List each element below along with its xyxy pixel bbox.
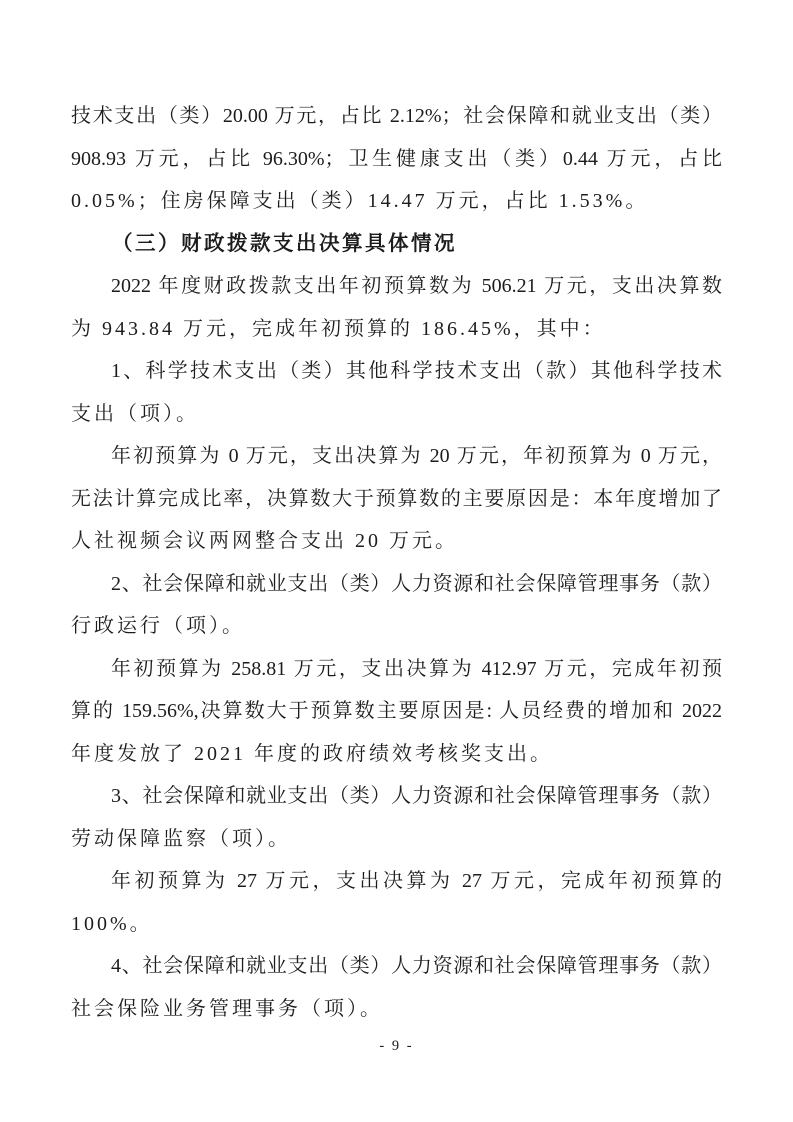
text-line: 年初预算为 258.81 万元，支出决算为 412.97 万元，完成年初预 [71,648,722,691]
text-line: 人社视频会议两网整合支出 20 万元。 [71,520,722,563]
text-line: 4、社会保障和就业支出（类）人力资源和社会保障管理事务（款） [71,945,722,988]
text-line: 技术支出（类）20.00 万元，占比 2.12%；社会保障和就业支出（类） [71,95,722,138]
text-line: 年度发放了 2021 年度的政府绩效考核奖支出。 [71,733,722,776]
text-line: 社会保险业务管理事务（项）。 [71,988,722,1031]
text-line: 2022 年度财政拨款支出年初预算数为 506.21 万元，支出决算数 [71,265,722,308]
section-heading: （三）财政拨款支出决算具体情况 [71,223,722,266]
text-line: 100%。 [71,903,722,946]
text-line: 1、科学技术支出（类）其他科学技术支出（款）其他科学技术 [71,350,722,393]
page-footer: - 9 - [0,1034,793,1058]
text-line: 劳动保障监察（项）。 [71,818,722,861]
text-line: 算的 159.56%,决算数大于预算数主要原因是: 人员经费的增加和 2022 [71,690,722,733]
text-line: 为 943.84 万元，完成年初预算的 186.45%，其中： [71,308,722,351]
text-line: 支出（项）。 [71,393,722,436]
text-line: 年初预算为 0 万元，支出决算为 20 万元，年初预算为 0 万元， [71,435,722,478]
text-line: 0.05%；住房保障支出（类）14.47 万元，占比 1.53%。 [71,180,722,223]
text-line: 2、社会保障和就业支出（类）人力资源和社会保障管理事务（款） [71,563,722,606]
text-line: 行政运行（项）。 [71,605,722,648]
text-line: 3、社会保障和就业支出（类）人力资源和社会保障管理事务（款） [71,775,722,818]
text-line: 无法计算完成比率，决算数大于预算数的主要原因是：本年度增加了 [71,478,722,521]
document-page: 技术支出（类）20.00 万元，占比 2.12%；社会保障和就业支出（类）908… [0,0,793,1122]
text-line: 年初预算为 27 万元，支出决算为 27 万元，完成年初预算的 [71,860,722,903]
text-line: 908.93 万元，占比 96.30%；卫生健康支出（类）0.44 万元，占比 [71,138,722,181]
page-number: - 9 - [379,1038,413,1054]
document-content: 技术支出（类）20.00 万元，占比 2.12%；社会保障和就业支出（类）908… [71,95,722,1030]
